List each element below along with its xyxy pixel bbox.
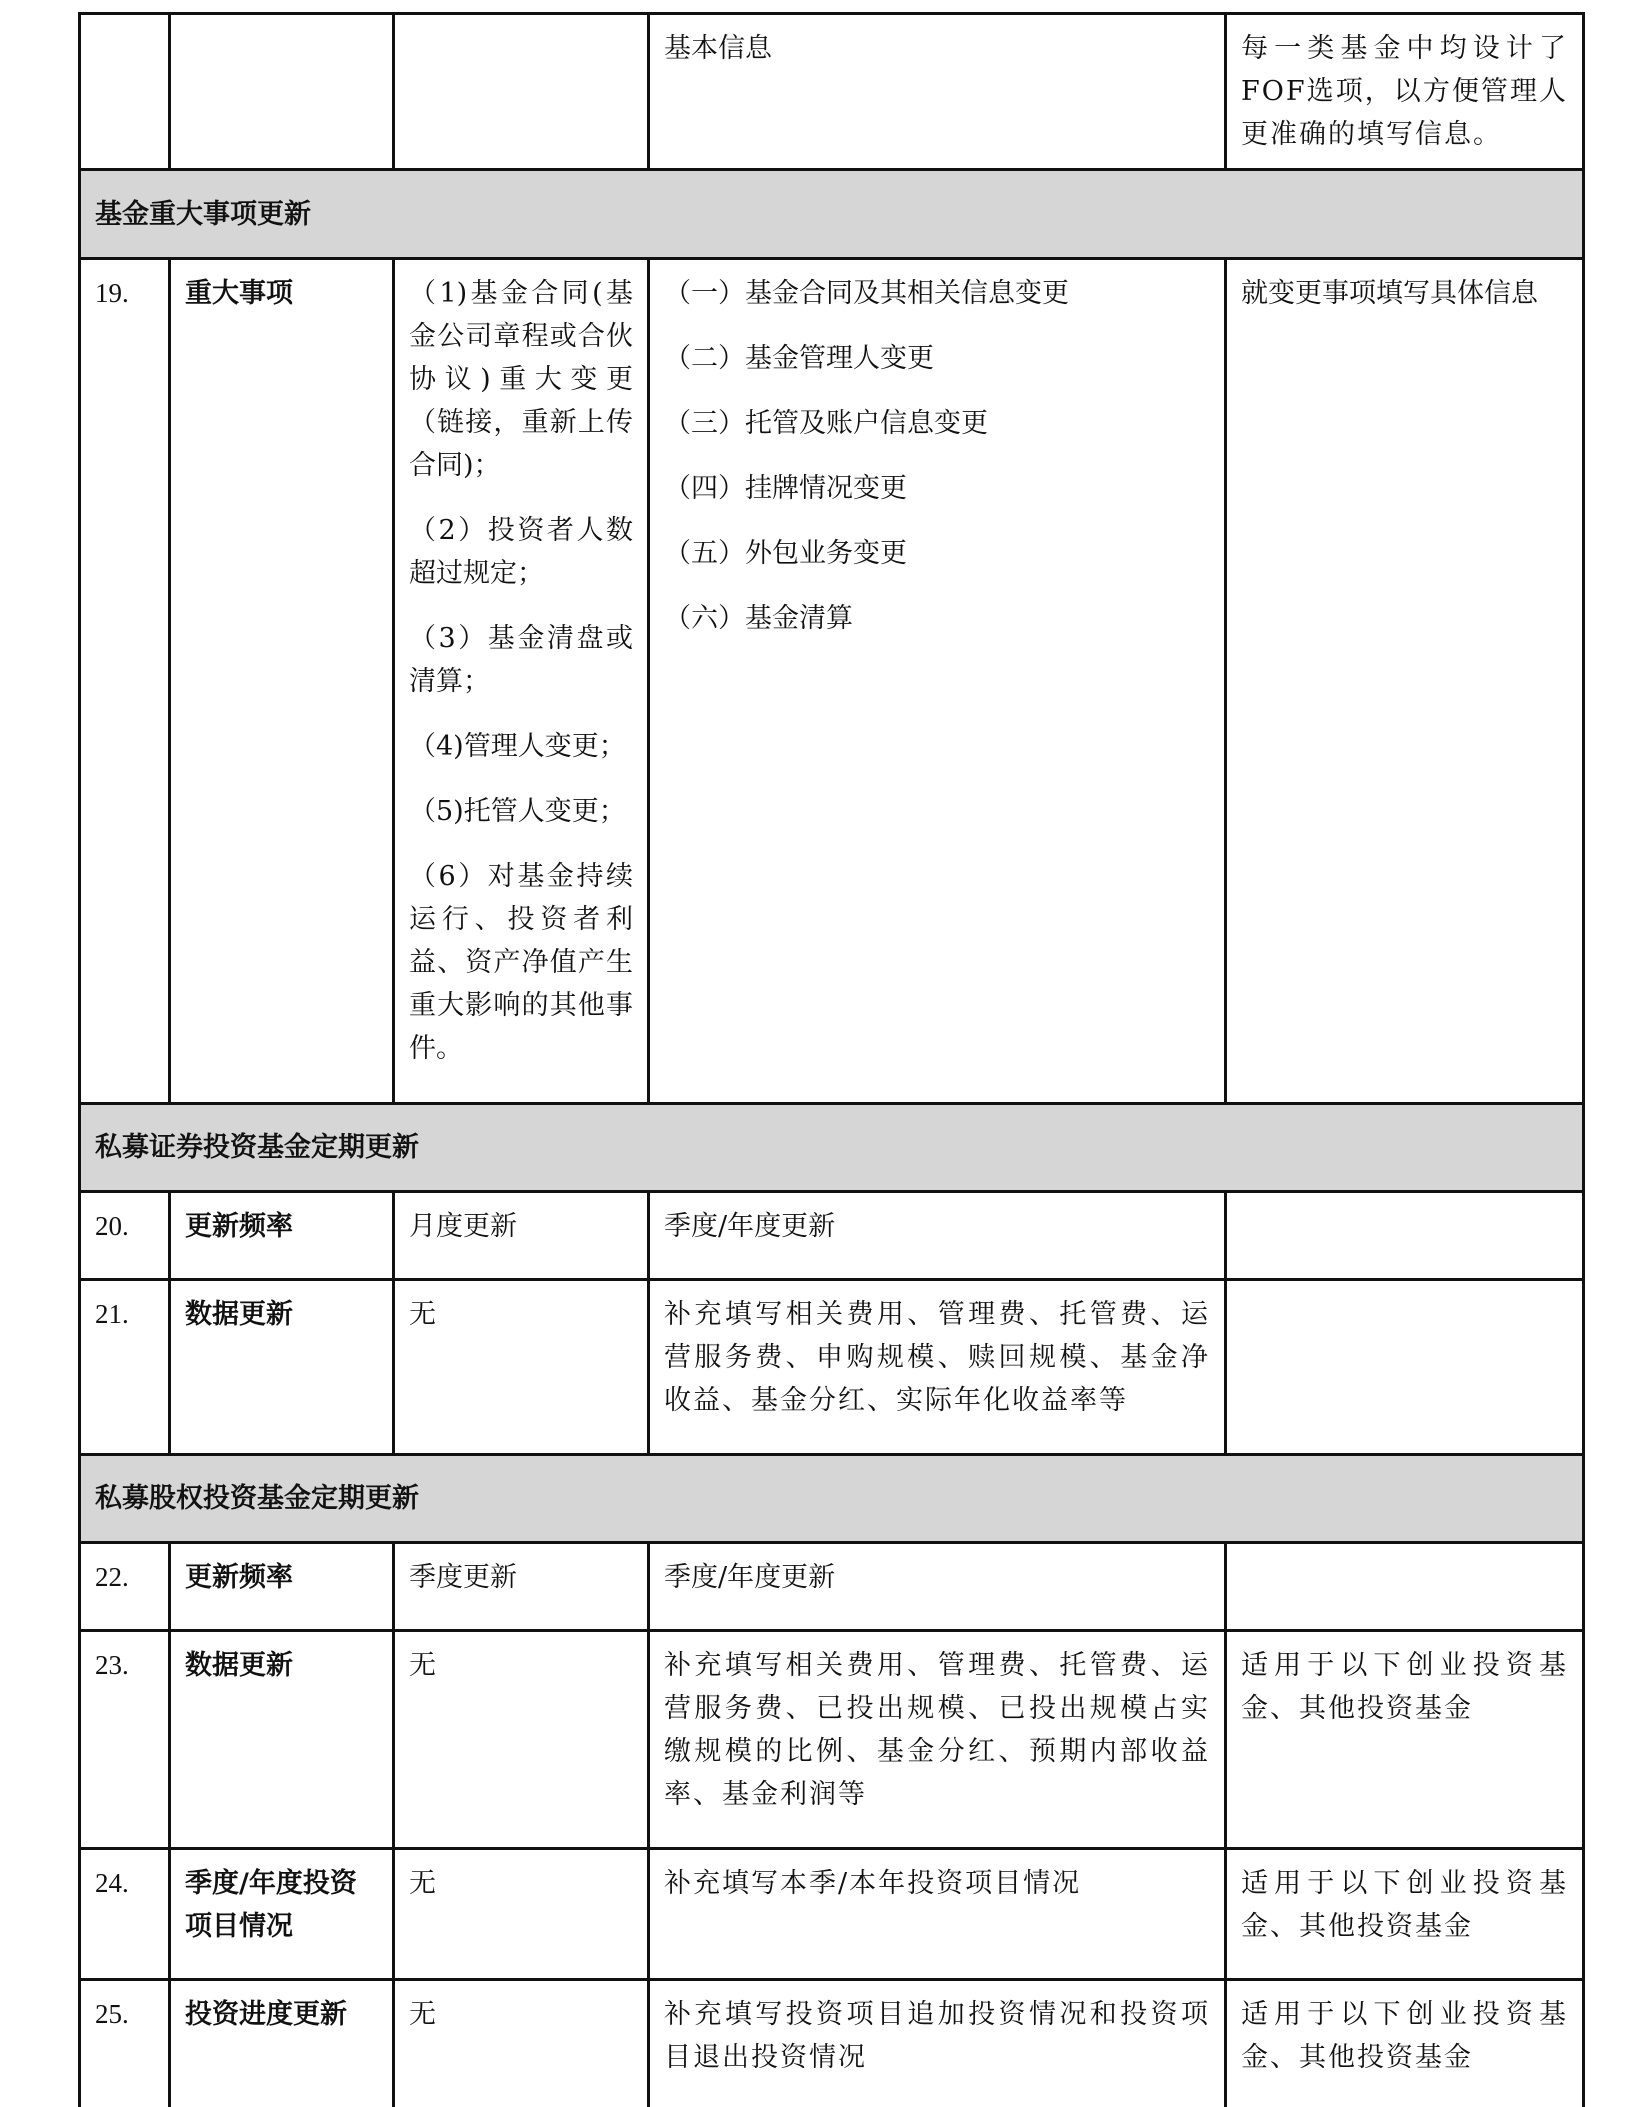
before-item: （4)管理人变更； xyxy=(409,725,633,768)
row-note xyxy=(1226,1543,1584,1631)
table-row: 22. 更新频率 季度更新 季度/年度更新 xyxy=(80,1543,1584,1631)
after-text: 基本信息 xyxy=(664,27,1210,70)
table-row: 25. 投资进度更新 无 补充填写投资项目追加投资情况和投资项目退出投资情况 适… xyxy=(80,1980,1584,2107)
row-after: 补充填写相关费用、管理费、托管费、运营服务费、已投出规模、已投出规模占实缴规模的… xyxy=(649,1631,1226,1849)
after-item: （三）托管及账户信息变更 xyxy=(664,402,1210,445)
row-after: 补充填写本季/本年投资项目情况 xyxy=(649,1849,1226,1980)
table-row: 19. 重大事项 （1)基金合同(基金公司章程或合伙协议)重大变更（链接，重新上… xyxy=(80,259,1584,1104)
row-note: 适用于以下创业投资基金、其他投资基金 xyxy=(1226,1980,1584,2107)
row-before: 无 xyxy=(394,1849,649,1980)
row-after: （一）基金合同及其相关信息变更 （二）基金管理人变更 （三）托管及账户信息变更 … xyxy=(649,259,1226,1104)
row-note: 适用于以下创业投资基金、其他投资基金 xyxy=(1226,1849,1584,1980)
section-header: 基金重大事项更新 xyxy=(80,170,1584,259)
row-note: 适用于以下创业投资基金、其他投资基金 xyxy=(1226,1631,1584,1849)
after-item: （六）基金清算 xyxy=(664,597,1210,640)
row-before: 季度更新 xyxy=(394,1543,649,1631)
row-after: 补充填写相关费用、管理费、托管费、运营服务费、申购规模、赎回规模、基金净收益、基… xyxy=(649,1280,1226,1455)
before-item: （5)托管人变更； xyxy=(409,790,633,833)
row-note xyxy=(1226,1280,1584,1455)
table-row: 24. 季度/年度投资项目情况 无 补充填写本季/本年投资项目情况 适用于以下创… xyxy=(80,1849,1584,1980)
section-header: 私募股权投资基金定期更新 xyxy=(80,1455,1584,1543)
row-item: 更新频率 xyxy=(170,1192,394,1280)
row-item: 投资进度更新 xyxy=(170,1980,394,2107)
row-item: 季度/年度投资项目情况 xyxy=(170,1849,394,1980)
before-item: （3）基金清盘或清算； xyxy=(409,617,633,703)
row-item: 重大事项 xyxy=(170,259,394,1104)
after-item: （五）外包业务变更 xyxy=(664,532,1210,575)
row-note xyxy=(1226,1192,1584,1280)
before-item: （6）对基金持续运行、投资者利益、资产净值产生重大影响的其他事件。 xyxy=(409,855,633,1070)
table-row: 21. 数据更新 无 补充填写相关费用、管理费、托管费、运营服务费、申购规模、赎… xyxy=(80,1280,1584,1455)
section-title: 私募证券投资基金定期更新 xyxy=(80,1104,1584,1192)
after-item: （四）挂牌情况变更 xyxy=(664,467,1210,510)
row-before xyxy=(394,14,649,170)
row-note: 每一类基金中均设计了FOF选项，以方便管理人更准确的填写信息。 xyxy=(1226,14,1584,170)
after-item: （一）基金合同及其相关信息变更 xyxy=(664,272,1210,315)
table-row: 基本信息 每一类基金中均设计了FOF选项，以方便管理人更准确的填写信息。 xyxy=(80,14,1584,170)
row-before: 无 xyxy=(394,1280,649,1455)
row-item: 更新频率 xyxy=(170,1543,394,1631)
row-item: 数据更新 xyxy=(170,1631,394,1849)
row-number xyxy=(80,14,170,170)
row-number: 19. xyxy=(80,259,170,1104)
row-after: 基本信息 xyxy=(649,14,1226,170)
row-number: 24. xyxy=(80,1849,170,1980)
before-item: （2）投资者人数超过规定； xyxy=(409,509,633,595)
section-header: 私募证券投资基金定期更新 xyxy=(80,1104,1584,1192)
row-number: 25. xyxy=(80,1980,170,2107)
row-note: 就变更事项填写具体信息 xyxy=(1226,259,1584,1104)
table-row: 20. 更新频率 月度更新 季度/年度更新 xyxy=(80,1192,1584,1280)
comparison-table: 基本信息 每一类基金中均设计了FOF选项，以方便管理人更准确的填写信息。 基金重… xyxy=(78,12,1585,2107)
row-number: 21. xyxy=(80,1280,170,1455)
row-after: 补充填写投资项目追加投资情况和投资项目退出投资情况 xyxy=(649,1980,1226,2107)
section-title: 私募股权投资基金定期更新 xyxy=(80,1455,1584,1543)
row-before: 无 xyxy=(394,1631,649,1849)
section-title: 基金重大事项更新 xyxy=(80,170,1584,259)
row-number: 22. xyxy=(80,1543,170,1631)
row-before: 无 xyxy=(394,1980,649,2107)
row-number: 20. xyxy=(80,1192,170,1280)
row-before: 月度更新 xyxy=(394,1192,649,1280)
row-before: （1)基金合同(基金公司章程或合伙协议)重大变更（链接，重新上传合同)； （2）… xyxy=(394,259,649,1104)
after-item: （二）基金管理人变更 xyxy=(664,337,1210,380)
row-item: 数据更新 xyxy=(170,1280,394,1455)
row-number: 23. xyxy=(80,1631,170,1849)
row-after: 季度/年度更新 xyxy=(649,1192,1226,1280)
row-item xyxy=(170,14,394,170)
before-item: （1)基金合同(基金公司章程或合伙协议)重大变更（链接，重新上传合同)； xyxy=(409,272,633,487)
table-row: 23. 数据更新 无 补充填写相关费用、管理费、托管费、运营服务费、已投出规模、… xyxy=(80,1631,1584,1849)
row-after: 季度/年度更新 xyxy=(649,1543,1226,1631)
